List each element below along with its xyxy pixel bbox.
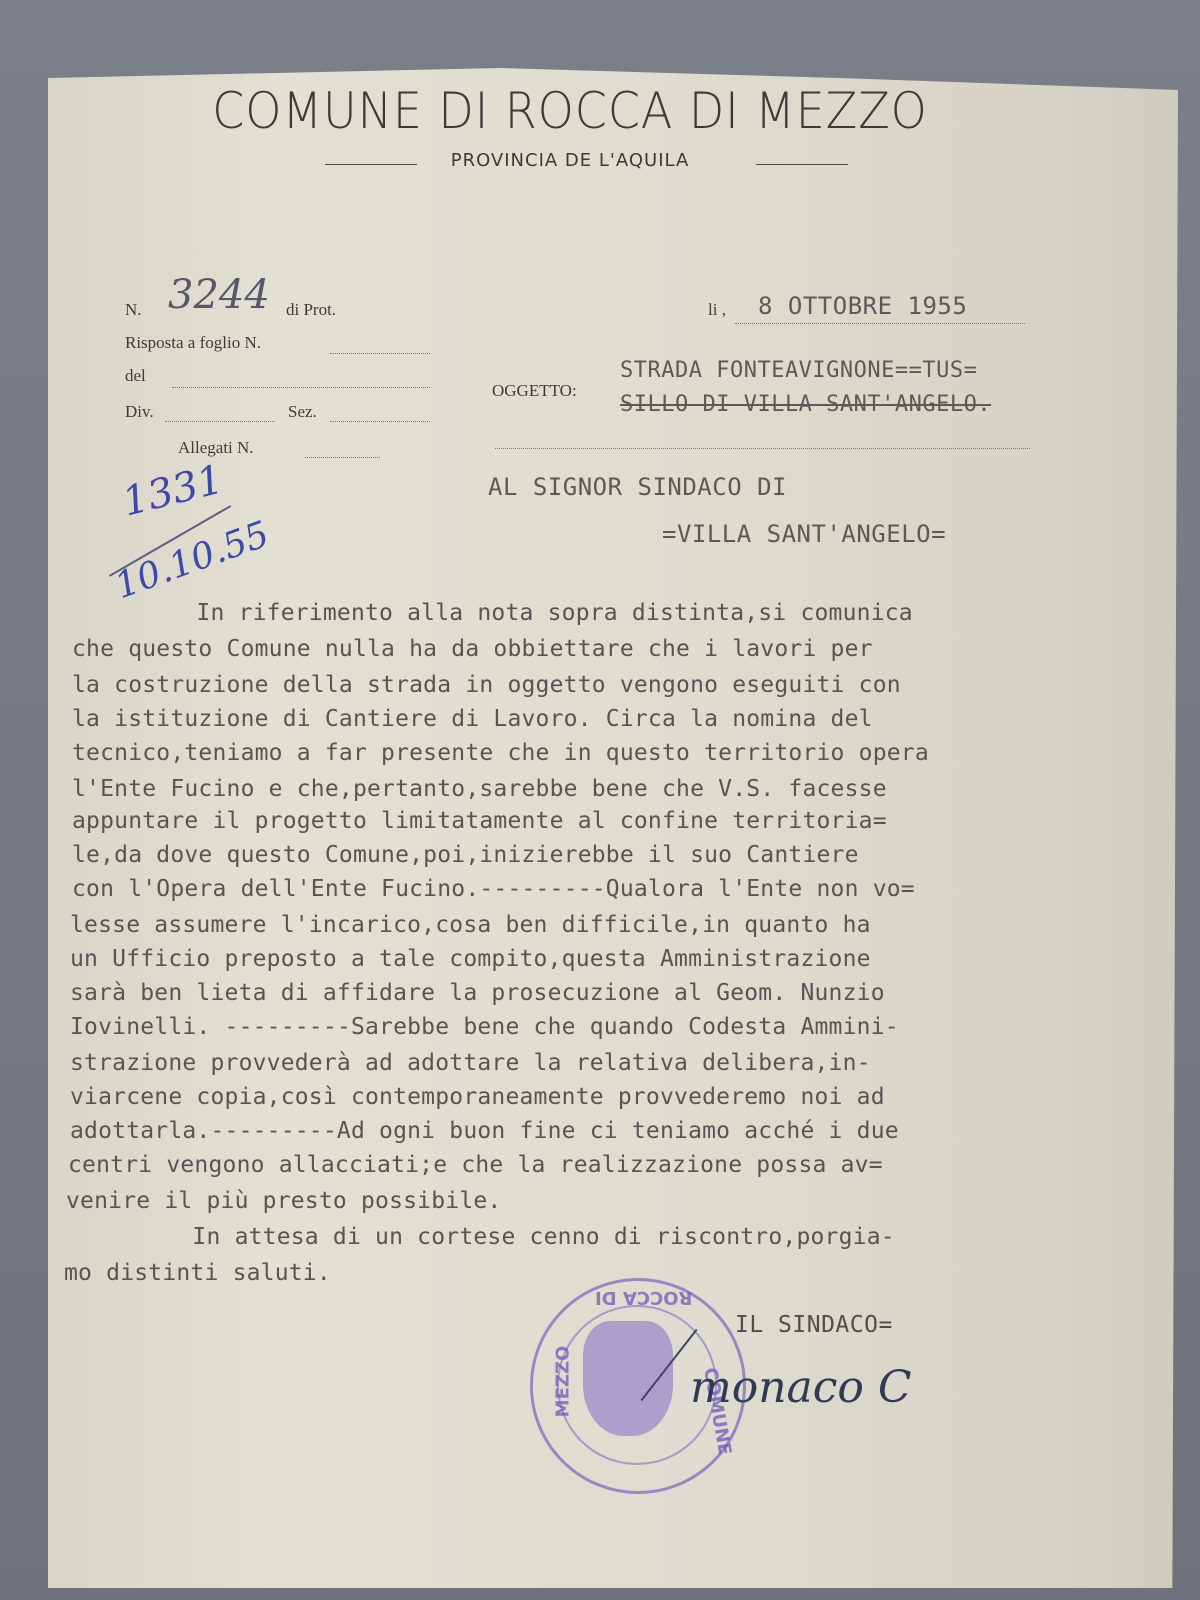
body-line: appuntare il progetto limitatamente al c… [72, 808, 887, 834]
signature: monaco C [690, 1362, 912, 1413]
div-label: Div. [125, 402, 154, 422]
sez-field [330, 420, 430, 422]
reply-label: Risposta a foglio N. [125, 333, 261, 353]
reply-field [330, 352, 430, 354]
body-line: centri vengono allacciati;e che la reali… [68, 1152, 883, 1178]
body-line: che questo Comune nulla ha da obbiettare… [72, 636, 873, 662]
del-field [172, 386, 430, 388]
body-line: lesse assumere l'incarico,cosa ben diffi… [70, 912, 871, 938]
letterhead-title: COMUNE DI ROCCA DI MEZZO [46, 82, 1095, 140]
subject-label: OGGETTO: [492, 381, 577, 401]
protocol-number-handwritten: 3244 [168, 272, 270, 318]
recipient-line-2: =VILLA SANT'ANGELO= [662, 520, 946, 548]
body-line: sarà ben lieta di affidare la prosecuzio… [70, 980, 885, 1006]
letterhead-province: PROVINCIA DE L'AQUILA [0, 150, 1140, 171]
body-line: la istituzione di Cantiere di Lavoro. Ci… [72, 706, 873, 732]
body-line: viarcene copia,così contemporaneamente p… [70, 1084, 885, 1110]
body-line: la costruzione della strada in oggetto v… [72, 672, 901, 698]
allegati-field [305, 456, 380, 458]
body-line: In attesa di un cortese cenno di riscont… [66, 1224, 895, 1250]
del-label: del [125, 366, 146, 386]
body-line: strazione provvederà ad adottare la rela… [70, 1050, 871, 1076]
date-prefix: li , [708, 300, 726, 320]
sez-label: Sez. [288, 402, 317, 422]
date-field [735, 322, 1025, 324]
protocol-label: N. [125, 300, 142, 320]
subject-line-1: STRADA FONTEAVIGNONE==TUS= [620, 358, 977, 383]
protocol-suffix: di Prot. [286, 300, 336, 320]
subject-line-2: SILLO DI VILLA SANT'ANGELO. [620, 392, 991, 417]
province-rule-right [756, 164, 848, 165]
div-field [165, 420, 275, 422]
stamp-text-top: ROCCA DI [595, 1287, 692, 1308]
date-value: 8 OTTOBRE 1955 [758, 292, 967, 320]
body-line: venire il più presto possibile. [66, 1188, 501, 1214]
body-line: In riferimento alla nota sopra distinta,… [70, 600, 913, 626]
allegati-label: Allegati N. [178, 438, 254, 458]
body-line: tecnico,teniamo a far presente che in qu… [72, 740, 929, 766]
body-line: mo distinti saluti. [64, 1260, 331, 1286]
body-line: con l'Opera dell'Ente Fucino.---------Qu… [72, 876, 915, 902]
recipient-line-1: AL SIGNOR SINDACO DI [488, 473, 787, 501]
stamp-text-left: MEZZO [552, 1346, 573, 1418]
closing-title: IL SINDACO= [735, 1312, 893, 1338]
body-line: adottarla.---------Ad ogni buon fine ci … [70, 1118, 899, 1144]
body-line: le,da dove questo Comune,poi,inizierebbe… [72, 842, 859, 868]
body-line: un Ufficio preposto a tale compito,quest… [70, 946, 871, 972]
body-line: Iovinelli. ---------Sarebbe bene che qua… [70, 1014, 899, 1040]
body-line: l'Ente Fucino e che,pertanto,sarebbe ben… [72, 776, 887, 802]
subject-rule [495, 447, 1030, 449]
